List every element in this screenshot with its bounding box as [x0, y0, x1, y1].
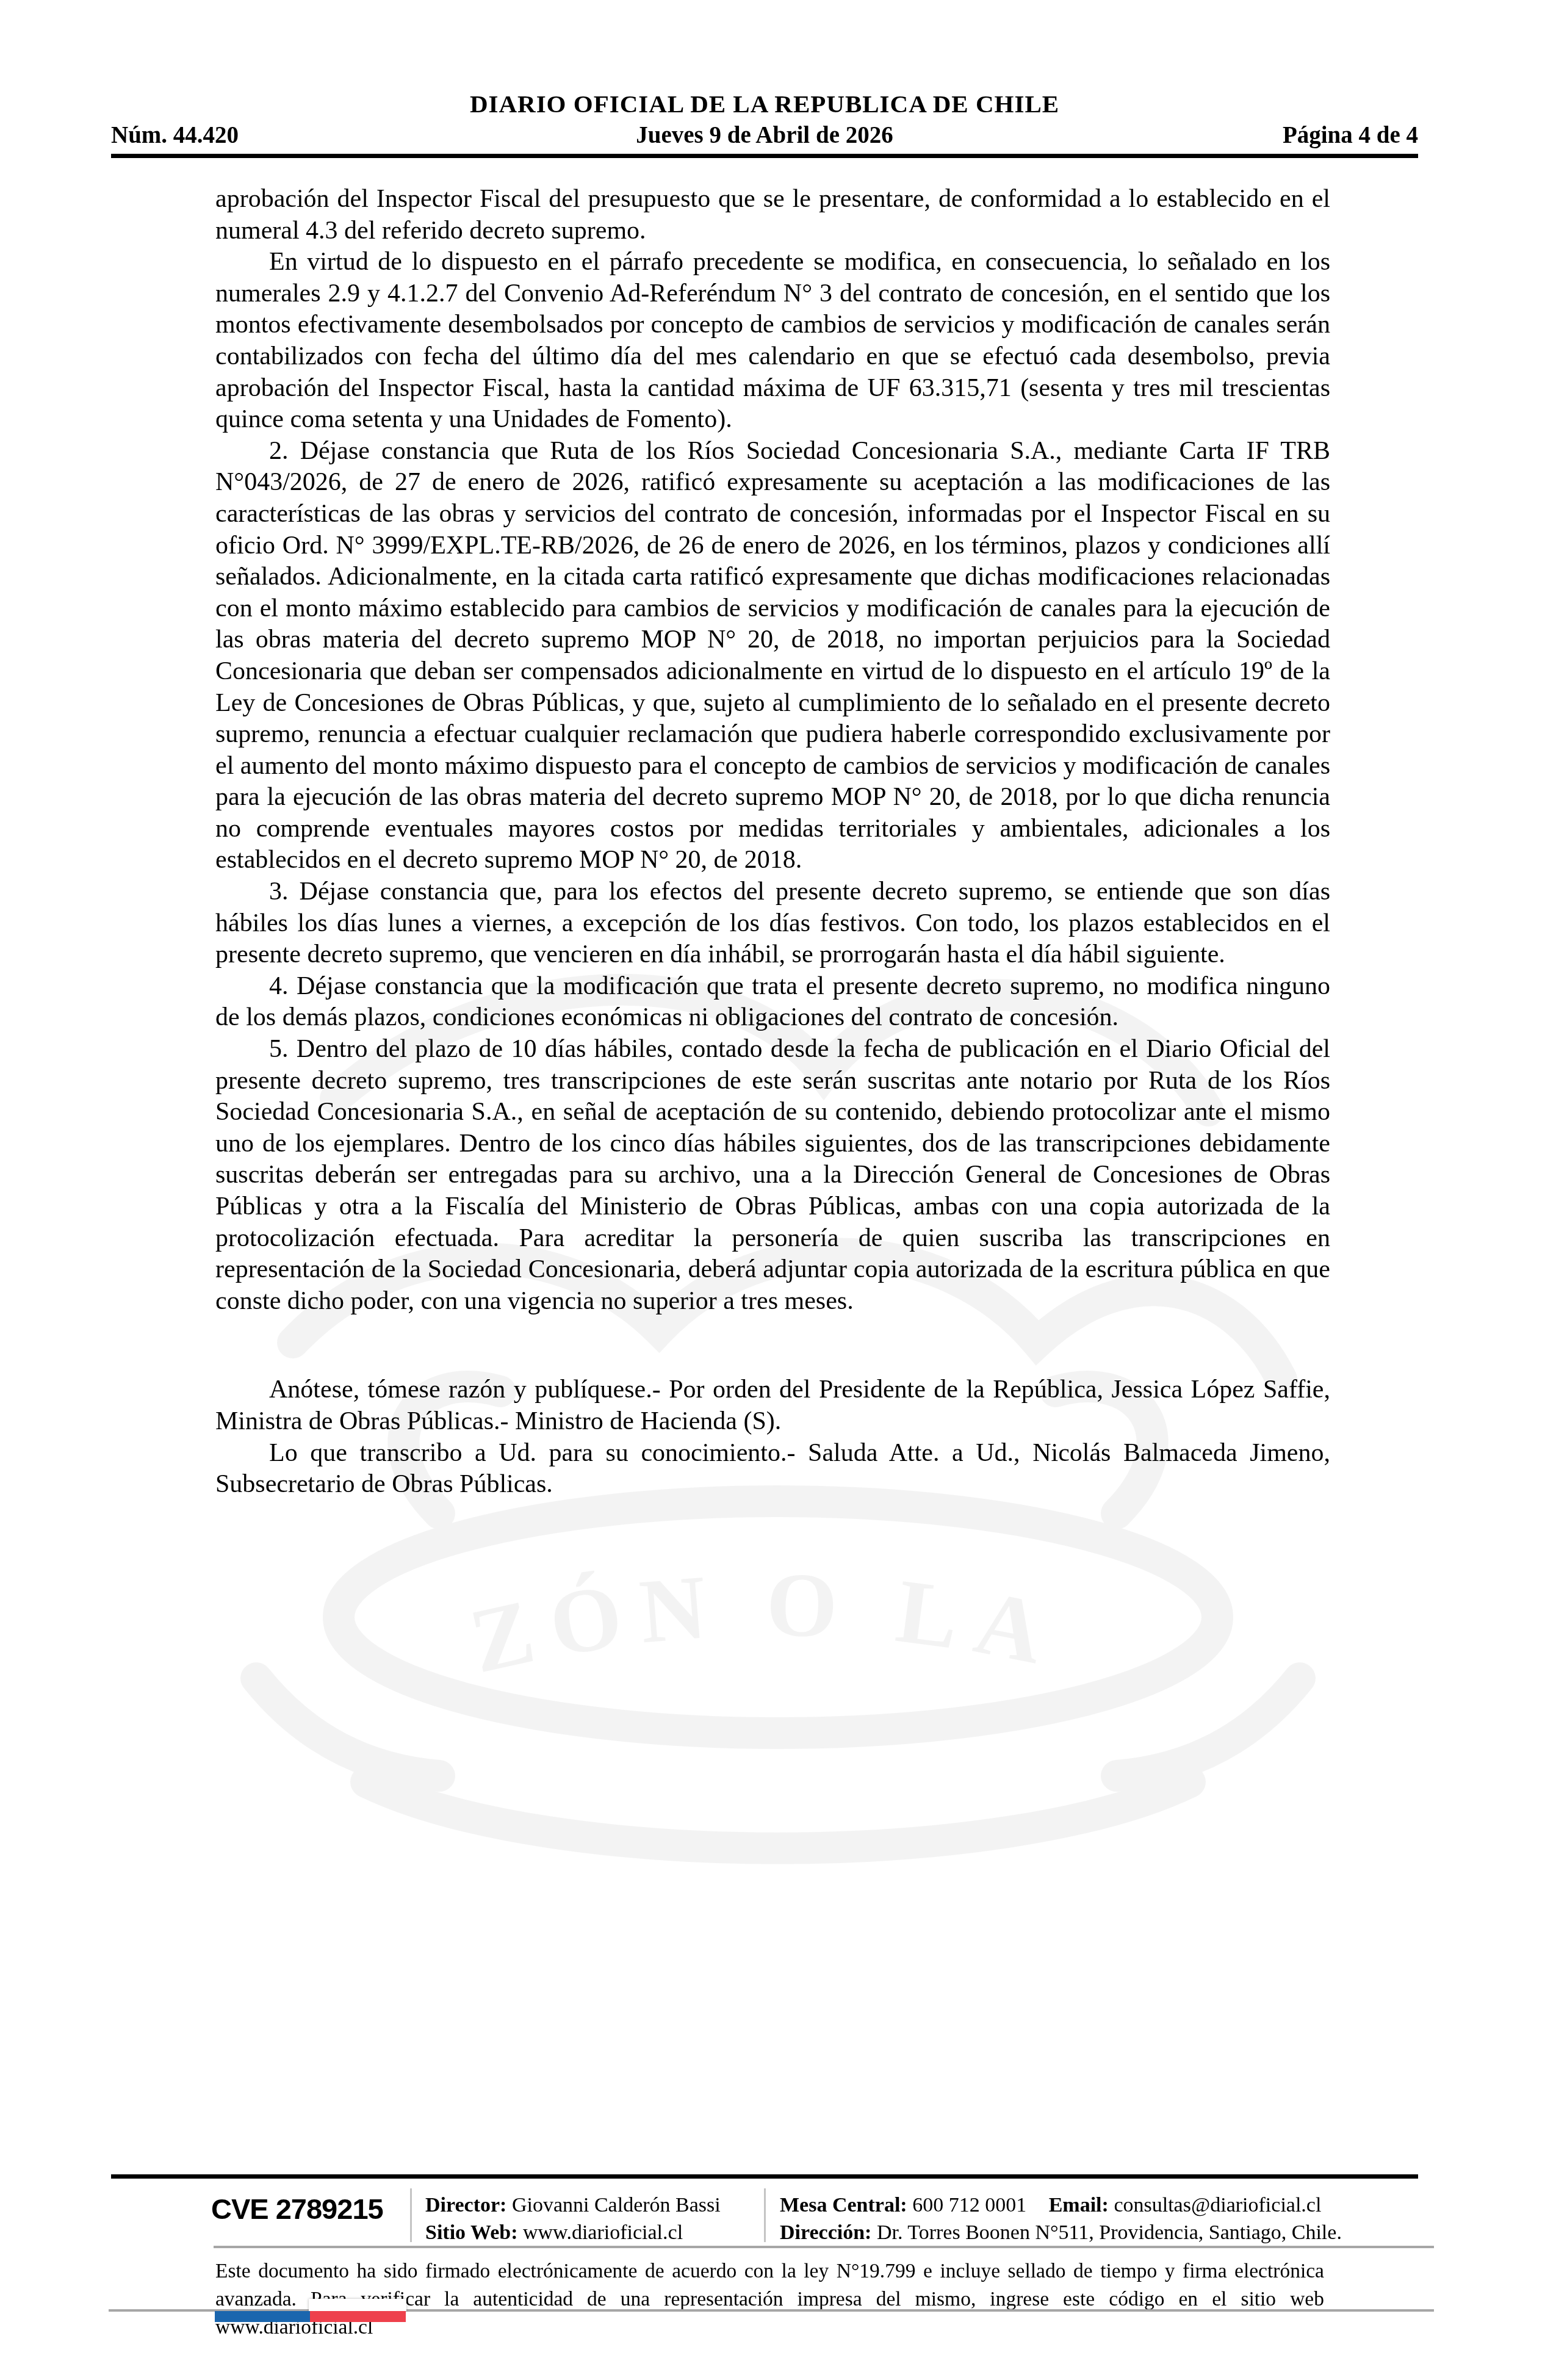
cve-code: CVE 2789215 [211, 2192, 383, 2226]
address-info: Dirección: Dr. Torres Boonen N°511, Prov… [780, 2219, 1342, 2246]
header-rule [111, 154, 1418, 158]
director-label: Director: [425, 2194, 506, 2216]
decree-paragraph: 5. Dentro del plazo de 10 días hábiles, … [215, 1034, 1330, 1317]
decree-body: aprobación del Inspector Fiscal del pres… [215, 184, 1330, 1501]
decree-paragraph: 4. Déjase constancia que la modificación… [215, 971, 1330, 1034]
director-info: Director: Giovanni Calderón Bassi [425, 2191, 721, 2219]
signature-paragraph: Anótese, tómese razón y publíquese.- Por… [215, 1374, 1330, 1437]
phone-number: 600 712 0001 [912, 2194, 1026, 2216]
website-url[interactable]: www.diarioficial.cl [523, 2221, 683, 2244]
director-name: Giovanni Calderón Bassi [512, 2194, 721, 2216]
email-address[interactable]: consultas@diarioficial.cl [1114, 2194, 1321, 2216]
transcription-paragraph: Lo que transcribo a Ud. para su conocimi… [215, 1438, 1330, 1501]
decree-paragraph: En virtud de lo dispuesto en el párrafo … [215, 247, 1330, 436]
website-info: Sitio Web: www.diarioficial.cl [425, 2219, 721, 2246]
chile-flag-mark [215, 2311, 406, 2322]
disclaimer-line: Este documento ha sido firmado electróni… [215, 2257, 1324, 2285]
address-value: Dr. Torres Boonen N°511, Providencia, Sa… [877, 2221, 1342, 2244]
chile-flag-white-stripe [309, 2299, 406, 2311]
footer-rule [111, 2174, 1418, 2179]
website-label: Sitio Web: [425, 2221, 517, 2244]
footer-separator [764, 2188, 766, 2242]
gazette-page: ZÓN O LA FUE DIARIO OFICIAL DE LA REPUBL… [0, 0, 1556, 2380]
page-indicator: Página 4 de 4 [1283, 121, 1418, 149]
phone-email-info: Mesa Central: 600 712 0001 Email: consul… [780, 2191, 1342, 2219]
decree-paragraph: aprobación del Inspector Fiscal del pres… [215, 184, 1330, 247]
address-label: Dirección: [780, 2221, 871, 2244]
flag-red-segment [310, 2311, 406, 2322]
email-label: Email: [1049, 2194, 1109, 2216]
footer-separator [410, 2188, 412, 2242]
phone-label: Mesa Central: [780, 2194, 907, 2216]
footer-contact-column: Mesa Central: 600 712 0001 Email: consul… [780, 2191, 1342, 2246]
decree-paragraph: 3. Déjase constancia que, para los efect… [215, 876, 1330, 971]
masthead-title: DIARIO OFICIAL DE LA REPUBLICA DE CHILE [111, 89, 1418, 118]
flag-blue-segment [215, 2311, 310, 2322]
footer-divider [214, 2246, 1434, 2248]
footer-director-column: Director: Giovanni Calderón Bassi Sitio … [425, 2191, 721, 2246]
publication-date: Jueves 9 de Abril de 2026 [111, 121, 1418, 149]
decree-paragraph: 2. Déjase constancia que Ruta de los Río… [215, 436, 1330, 876]
